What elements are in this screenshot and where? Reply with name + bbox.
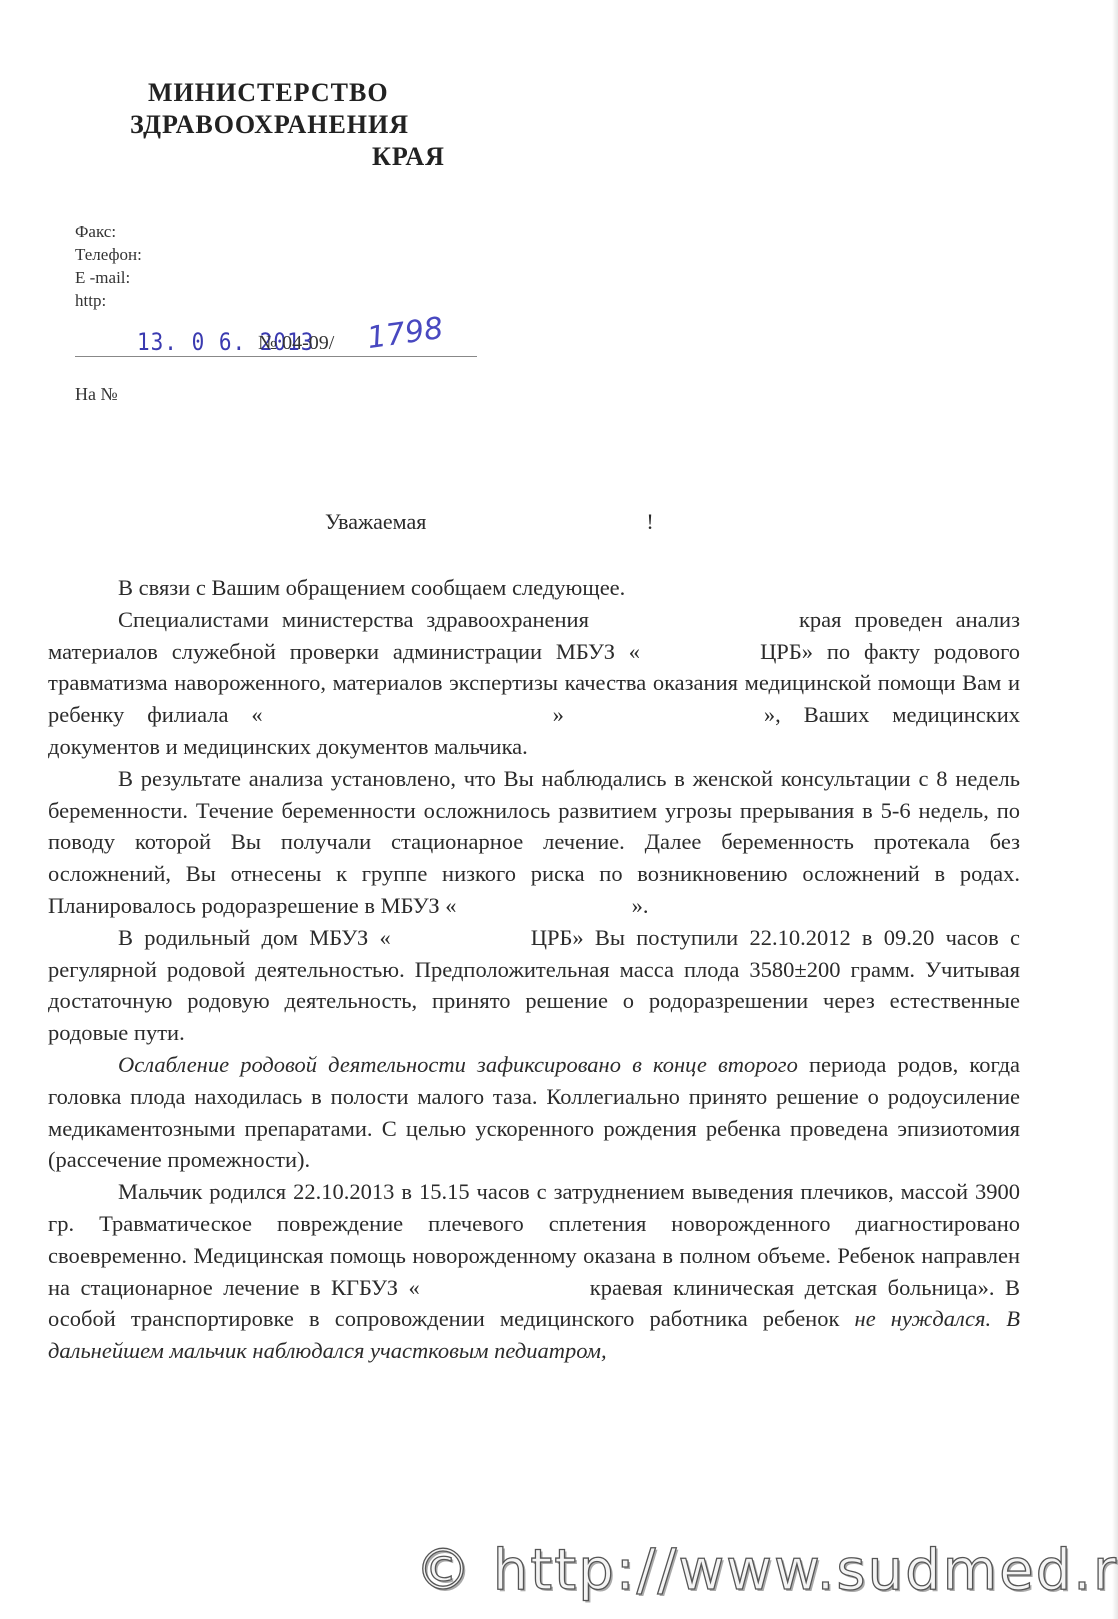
paragraph-4: В родильный дом МБУЗ «ЦРБ» Вы поступили …	[48, 922, 1020, 1049]
scan-edge	[1112, 0, 1118, 1619]
watermark: © http://www.sudmed.ru	[415, 1538, 1118, 1603]
email-label: E -mail:	[75, 266, 142, 289]
http-label: http:	[75, 289, 142, 312]
reply-to-number: На №	[75, 384, 118, 405]
paragraph-6: Мальчик родился 22.10.2013 в 15.15 часов…	[48, 1176, 1020, 1367]
salutation: Уважаемая	[325, 509, 426, 534]
document-number-prefix: № 04-09/	[258, 332, 334, 355]
paragraph-1: В связи с Вашим обращением сообщаем след…	[48, 572, 1020, 604]
handwritten-number: 1798	[365, 311, 445, 356]
letterhead-line-1: МИНИСТЕРСТВО	[148, 78, 389, 108]
paragraph-5: Ослабление родовой деятельности зафиксир…	[48, 1049, 1020, 1176]
paragraph-3: В результате анализа установлено, что Вы…	[48, 763, 1020, 922]
greeting-punct: !	[646, 509, 653, 534]
registration-line: 13. 0 6. 2013 № 04-09/ 1798	[75, 328, 477, 357]
fax-label: Факс:	[75, 220, 142, 243]
greeting: Уважаемая!	[325, 509, 654, 535]
letterhead-line-3: КРАЯ	[372, 142, 445, 172]
paragraph-2: Специалистами министерства здравоохранен…	[48, 604, 1020, 763]
contact-block: Факс: Телефон: E -mail: http:	[75, 220, 142, 312]
letter-body: В связи с Вашим обращением сообщаем след…	[48, 572, 1020, 1367]
phone-label: Телефон:	[75, 243, 142, 266]
letterhead-line-2: ЗДРАВООХРАНЕНИЯ	[130, 110, 409, 140]
